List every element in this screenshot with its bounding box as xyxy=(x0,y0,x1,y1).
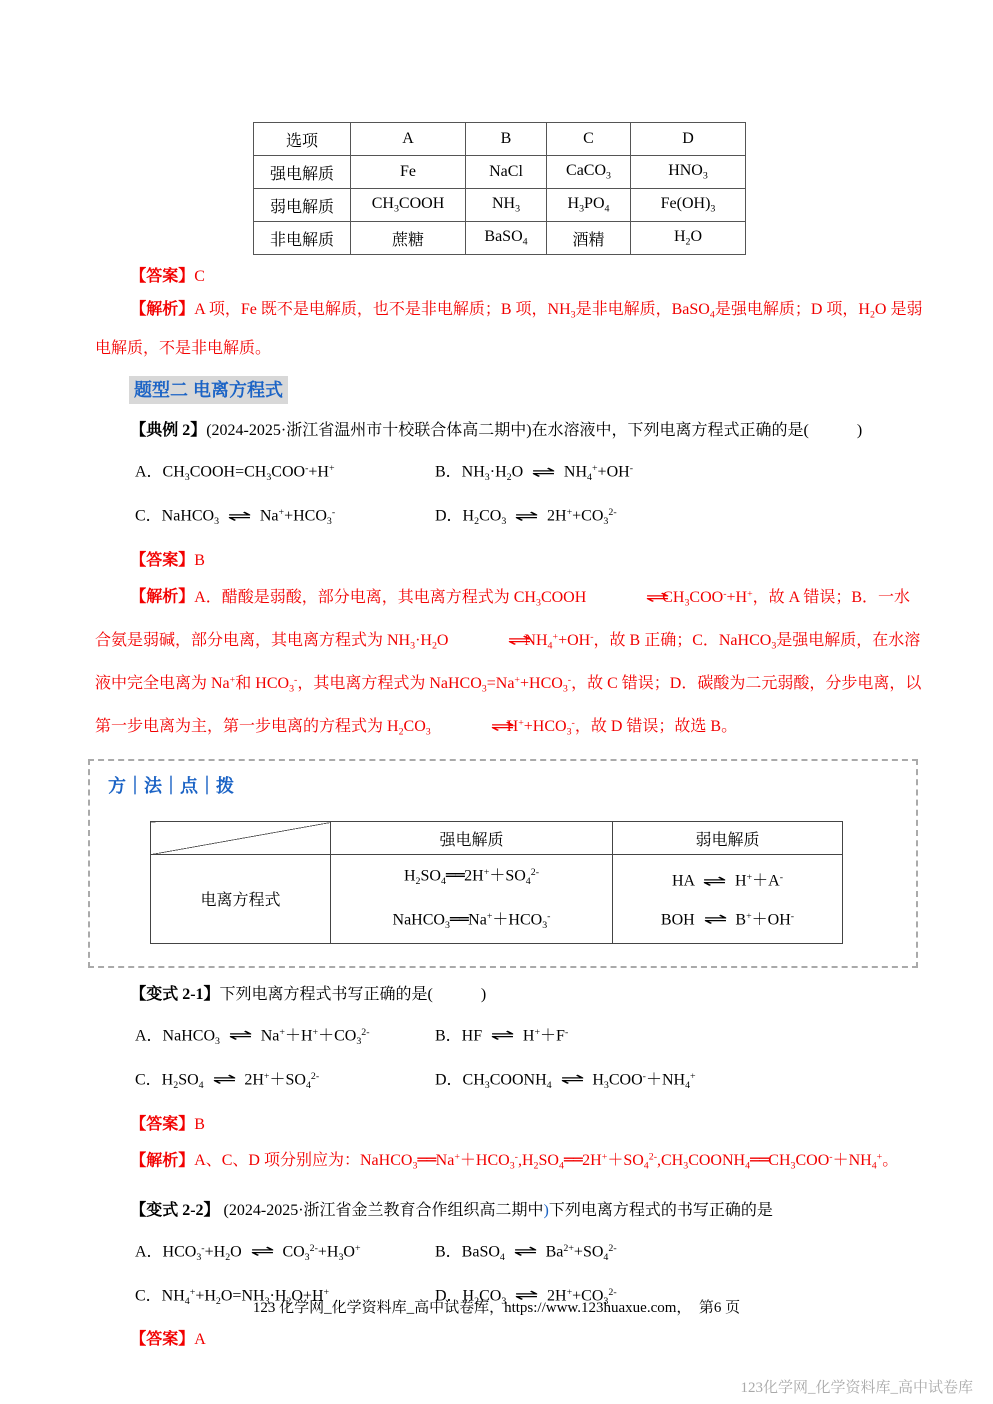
table-cell: Fe xyxy=(351,156,466,189)
stem-text: (2024-2025·浙江省金兰教育合作组织高二期中 xyxy=(220,1202,544,1219)
row-label: 弱电解质 xyxy=(254,189,351,222)
answer-line: 【答案】A xyxy=(95,1326,923,1354)
variant-label: 【变式 2-2】 xyxy=(130,1202,219,1219)
table-cell: NaCl xyxy=(466,156,547,189)
table-header-cell: 选项 xyxy=(254,123,351,156)
analysis-paragraph: 【解析】A 项，Fe 既不是电解质，也不是非电解质；B 项，NH3是非电解质，B… xyxy=(95,293,923,366)
option-b: B．NH3·H2O ⇌ NH4++OH- xyxy=(435,452,923,495)
row-label: 强电解质 xyxy=(254,156,351,189)
analysis-label: 【解析】 xyxy=(130,301,194,318)
answer-value: B xyxy=(194,1116,205,1133)
method-tip-box: 方｜法｜点｜拨 强电解质 弱电解质 电离方程式 H2SO4══2H+＋SO42-… xyxy=(88,759,918,968)
page-footer: 123 化学网_化学资料库_高中试卷库，https://www.123huaxu… xyxy=(0,1296,993,1317)
answer-label: 【答案】 xyxy=(130,1331,194,1348)
variant-label: 【变式 2-1】 xyxy=(130,986,219,1003)
table-cell: 酒精 xyxy=(547,222,631,255)
answer-value: A xyxy=(194,1331,206,1348)
weak-electrolyte-equations: HA ⇌ H+＋A- BOH ⇌ B+＋OH- xyxy=(613,855,843,944)
method-tip-title: 方｜法｜点｜拨 xyxy=(108,773,898,799)
answer-line: 【答案】B xyxy=(95,547,923,575)
question-stem: 【变式 2-1】下列电离方程式书写正确的是( ) xyxy=(95,980,923,1010)
diagonal-corner-cell xyxy=(151,822,331,855)
method-header-weak: 弱电解质 xyxy=(613,822,843,855)
option-b: B．HF ⇌ H+＋F- xyxy=(435,1016,923,1059)
watermark: 123化学网_化学资料库_高中试卷库 xyxy=(740,1376,973,1397)
equation: NaHCO3══Na+＋HCO3- xyxy=(335,899,608,943)
table-header-cell: C xyxy=(547,123,631,156)
option-d: D．CH3COONH4 ⇌ H3COO-＋NH4+ xyxy=(435,1060,923,1103)
answer-value: B xyxy=(194,552,205,569)
answer-value: C xyxy=(194,268,205,285)
row-label: 非电解质 xyxy=(254,222,351,255)
table-cell: Fe(OH)3 xyxy=(631,189,746,222)
table-cell: NH3 xyxy=(466,189,547,222)
page-content: 选项 A B C D 强电解质 Fe NaCl CaCO3 HNO3 弱电解质 … xyxy=(0,122,993,1354)
analysis-text: A、C、D 项分别应为：NaHCO3══Na+＋HCO3-,H2SO4══2H+… xyxy=(194,1152,898,1169)
equation: BOH ⇌ B+＋OH- xyxy=(617,899,838,937)
analysis-paragraph: 【解析】A．醋酸是弱酸，部分电离，其电离方程式为 CH3COOH ⇌ CH3CO… xyxy=(95,577,923,749)
option-c: C．H2SO4 ⇌ 2H+＋SO42- xyxy=(135,1060,435,1103)
table-header-row: 选项 A B C D xyxy=(254,123,746,156)
table-cell: 蔗糖 xyxy=(351,222,466,255)
electrolyte-classification-table: 选项 A B C D 强电解质 Fe NaCl CaCO3 HNO3 弱电解质 … xyxy=(253,122,746,255)
example-label: 【典例 2】 xyxy=(130,422,206,439)
equation: HA ⇌ H+＋A- xyxy=(617,860,838,898)
section-title: 题型二 电离方程式 xyxy=(129,376,288,404)
table-row: 强电解质 Fe NaCl CaCO3 HNO3 xyxy=(254,156,746,189)
table-row: 弱电解质 CH3COOH NH3 H3PO4 Fe(OH)3 xyxy=(254,189,746,222)
analysis-paragraph: 【解析】A、C、D 项分别应为：NaHCO3══Na+＋HCO3-,H2SO4═… xyxy=(95,1141,923,1184)
strong-electrolyte-equations: H2SO4══2H+＋SO42- NaHCO3══Na+＋HCO3- xyxy=(331,855,613,944)
method-table-body-row: 电离方程式 H2SO4══2H+＋SO42- NaHCO3══Na+＋HCO3-… xyxy=(151,855,843,944)
table-header-cell: D xyxy=(631,123,746,156)
equation: H2SO4══2H+＋SO42- xyxy=(335,855,608,899)
table-row: 非电解质 蔗糖 BaSO4 酒精 H2O xyxy=(254,222,746,255)
options-grid: A．NaHCO3 ⇌ Na+＋H+＋CO32- B．HF ⇌ H+＋F- C．H… xyxy=(95,1016,923,1103)
option-d: D．H2CO3 ⇌ 2H++CO32- xyxy=(435,496,923,539)
option-a: A．NaHCO3 ⇌ Na+＋H+＋CO32- xyxy=(135,1016,435,1059)
stem-text: (2024-2025·浙江省温州市十校联合体高二期中)在水溶液中，下列电离方程式… xyxy=(206,422,862,439)
table-cell: H2O xyxy=(631,222,746,255)
question-stem: 【典例 2】(2024-2025·浙江省温州市十校联合体高二期中)在水溶液中，下… xyxy=(95,416,923,446)
analysis-text: A 项，Fe 既不是电解质，也不是非电解质；B 项，NH3是非电解质，BaSO4… xyxy=(95,301,922,357)
option-a: A．HCO3-+H2O ⇌ CO32-+H3O+ xyxy=(135,1232,435,1275)
table-cell: HNO3 xyxy=(631,156,746,189)
table-cell: CH3COOH xyxy=(351,189,466,222)
method-table: 强电解质 弱电解质 电离方程式 H2SO4══2H+＋SO42- NaHCO3═… xyxy=(150,821,843,944)
method-header-strong: 强电解质 xyxy=(331,822,613,855)
method-table-header-row: 强电解质 弱电解质 xyxy=(151,822,843,855)
answer-line: 【答案】C xyxy=(95,263,923,291)
table-header-cell: B xyxy=(466,123,547,156)
option-c: C．NaHCO3 ⇌ Na++HCO3- xyxy=(135,496,435,539)
worksheet-page: 选项 A B C D 强电解质 Fe NaCl CaCO3 HNO3 弱电解质 … xyxy=(0,0,993,1404)
table-cell: BaSO4 xyxy=(466,222,547,255)
analysis-text: A．醋酸是弱酸，部分电离，其电离方程式为 CH3COOH ⇌ CH3COO-+H… xyxy=(95,589,921,735)
answer-label: 【答案】 xyxy=(130,1116,194,1133)
answer-line: 【答案】B xyxy=(95,1111,923,1139)
analysis-label: 【解析】 xyxy=(130,589,194,606)
stem-text: 下列电离方程式的书写正确的是 xyxy=(549,1202,773,1219)
stem-text: 下列电离方程式书写正确的是( ) xyxy=(220,986,487,1003)
answer-label: 【答案】 xyxy=(130,552,194,569)
answer-label: 【答案】 xyxy=(130,268,194,285)
options-grid: A．CH3COOH=CH3COO-+H+ B．NH3·H2O ⇌ NH4++OH… xyxy=(95,452,923,539)
table-cell: H3PO4 xyxy=(547,189,631,222)
option-b: B．BaSO4 ⇌ Ba2++SO42- xyxy=(435,1232,923,1275)
table-cell: CaCO3 xyxy=(547,156,631,189)
method-row-label: 电离方程式 xyxy=(151,855,331,944)
option-a: A．CH3COOH=CH3COO-+H+ xyxy=(135,452,435,495)
analysis-label: 【解析】 xyxy=(130,1152,194,1169)
question-stem: 【变式 2-2】 (2024-2025·浙江省金兰教育合作组织高二期中)下列电离… xyxy=(95,1196,923,1226)
table-header-cell: A xyxy=(351,123,466,156)
